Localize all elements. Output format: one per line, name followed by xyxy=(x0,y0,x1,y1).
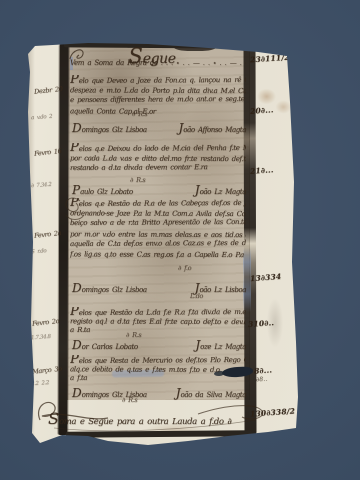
signature-row: Domingos Glz Lisboa João Lz Lisboa xyxy=(72,281,246,295)
entry-line: aquella de C.ta def.os env.o al.os Caz.a… xyxy=(70,238,246,249)
entry-subtotal: ∂ R.s xyxy=(122,396,137,404)
entry-line: restando a d.ta div.da devem contar E.ra xyxy=(70,162,246,173)
footer-total-amount: 130∂338/2 xyxy=(250,406,296,418)
signature-row: Domingos Glz Lisboa João Affonso Magta xyxy=(72,121,246,135)
entry-line: Pelos que Restão da L.da f.e R.a f.ta di… xyxy=(70,307,246,316)
entry-line: f.os lig.as q.to esse C.as reg.os f.a a … xyxy=(70,249,246,259)
entry-line: aquella Conta Cap.al E.or xyxy=(70,106,246,116)
signature-left: Dor Carlos Lobato xyxy=(72,338,138,352)
signature-right: João Affonso Magta xyxy=(178,121,246,135)
bottom-dark-band xyxy=(66,430,252,438)
entry-paragraph: Pelo que Deveo a Joze da Fon.ca q. lanço… xyxy=(70,75,246,116)
header-label: Vem a Soma da Regra de xyxy=(70,59,158,67)
signature-left: Domingos Glz Lisboa xyxy=(72,281,147,295)
entry-line: e pensoens differentes hera de m.do ant.… xyxy=(70,94,246,105)
signature-row: Domingos Glz Lisboa João da Silva Magta xyxy=(72,386,246,400)
binding-tape-left xyxy=(58,44,68,435)
signature-left: Domingos Glz Lisboa xyxy=(72,121,147,135)
entry-amount: 21∂... xyxy=(250,165,274,176)
amount-carried-forward: 23∂111/2 xyxy=(250,53,290,65)
signature-right: João da Silva Magta xyxy=(176,386,246,400)
signature-row: Paulo Glz Lobato João Lz Magta xyxy=(72,183,246,197)
entry-amount: 20∂... xyxy=(250,105,274,116)
paper-sheet: Segue Vem a Soma da Regra de . . . ∙ . .… xyxy=(28,42,300,445)
entry-line: beiço salvo a de r.ta Britto Apresentão … xyxy=(70,217,246,228)
header-sum-line: Vem a Soma da Regra de . . . ∙ . . — . .… xyxy=(70,59,246,67)
signature-right: João Lz Magta xyxy=(195,183,246,197)
footer-sum-line: Soma e Segue para a outra Lauda a f.do ∂ xyxy=(48,409,244,428)
entry-subtotal: ∂ f.o xyxy=(178,264,191,272)
entry-amount-note: ∂8.. xyxy=(256,376,268,384)
photo-background: Segue Vem a Soma da Regra de . . . ∙ . .… xyxy=(0,0,360,480)
entry-amount: 13∂334 xyxy=(250,272,282,283)
entry-line: a R.ta xyxy=(70,325,246,336)
entry-paragraph: Pelos q.e Deixou do lado de M.cia del Pe… xyxy=(70,143,246,174)
signature-row: Dor Carlos Lobato Joze Lz Magta xyxy=(72,338,246,352)
dotted-leader: . . . ∙ . . — . . ∙ . . — . ∙ . . . xyxy=(161,59,246,67)
entry-paragraph: Pelos q.e Restão da R.a de las Cabeças d… xyxy=(70,198,246,259)
entry-line: Pelos q.e Restão da R.a de las Cabeças d… xyxy=(70,198,246,208)
entry-paragraph: Pelos que Resta de Mercurio os def.tos P… xyxy=(70,355,246,384)
entry-line: Pelos q.e Deixou do lado de M.cia del Pe… xyxy=(70,143,246,153)
entry-amount: 310∂.. xyxy=(248,318,275,329)
entry-line: Pelos que Resta de Mercurio os def.tos P… xyxy=(70,355,246,364)
entry-paragraph: Pelos que Restão da L.da f.e R.a f.ta di… xyxy=(70,307,246,336)
entry-line: Pelo que Deveo a Joze da Fon.ca q. lanço… xyxy=(70,75,246,85)
signature-left: Paulo Glz Lobato xyxy=(72,183,133,197)
signature-right: Joze Lz Magta xyxy=(195,338,246,352)
entry-amount: 8∂... xyxy=(254,365,273,375)
entry-subtotal: ∂ R.s xyxy=(132,110,147,118)
entry-amount-note: L.do xyxy=(190,292,203,300)
entry-line: a f.ta xyxy=(70,373,246,384)
